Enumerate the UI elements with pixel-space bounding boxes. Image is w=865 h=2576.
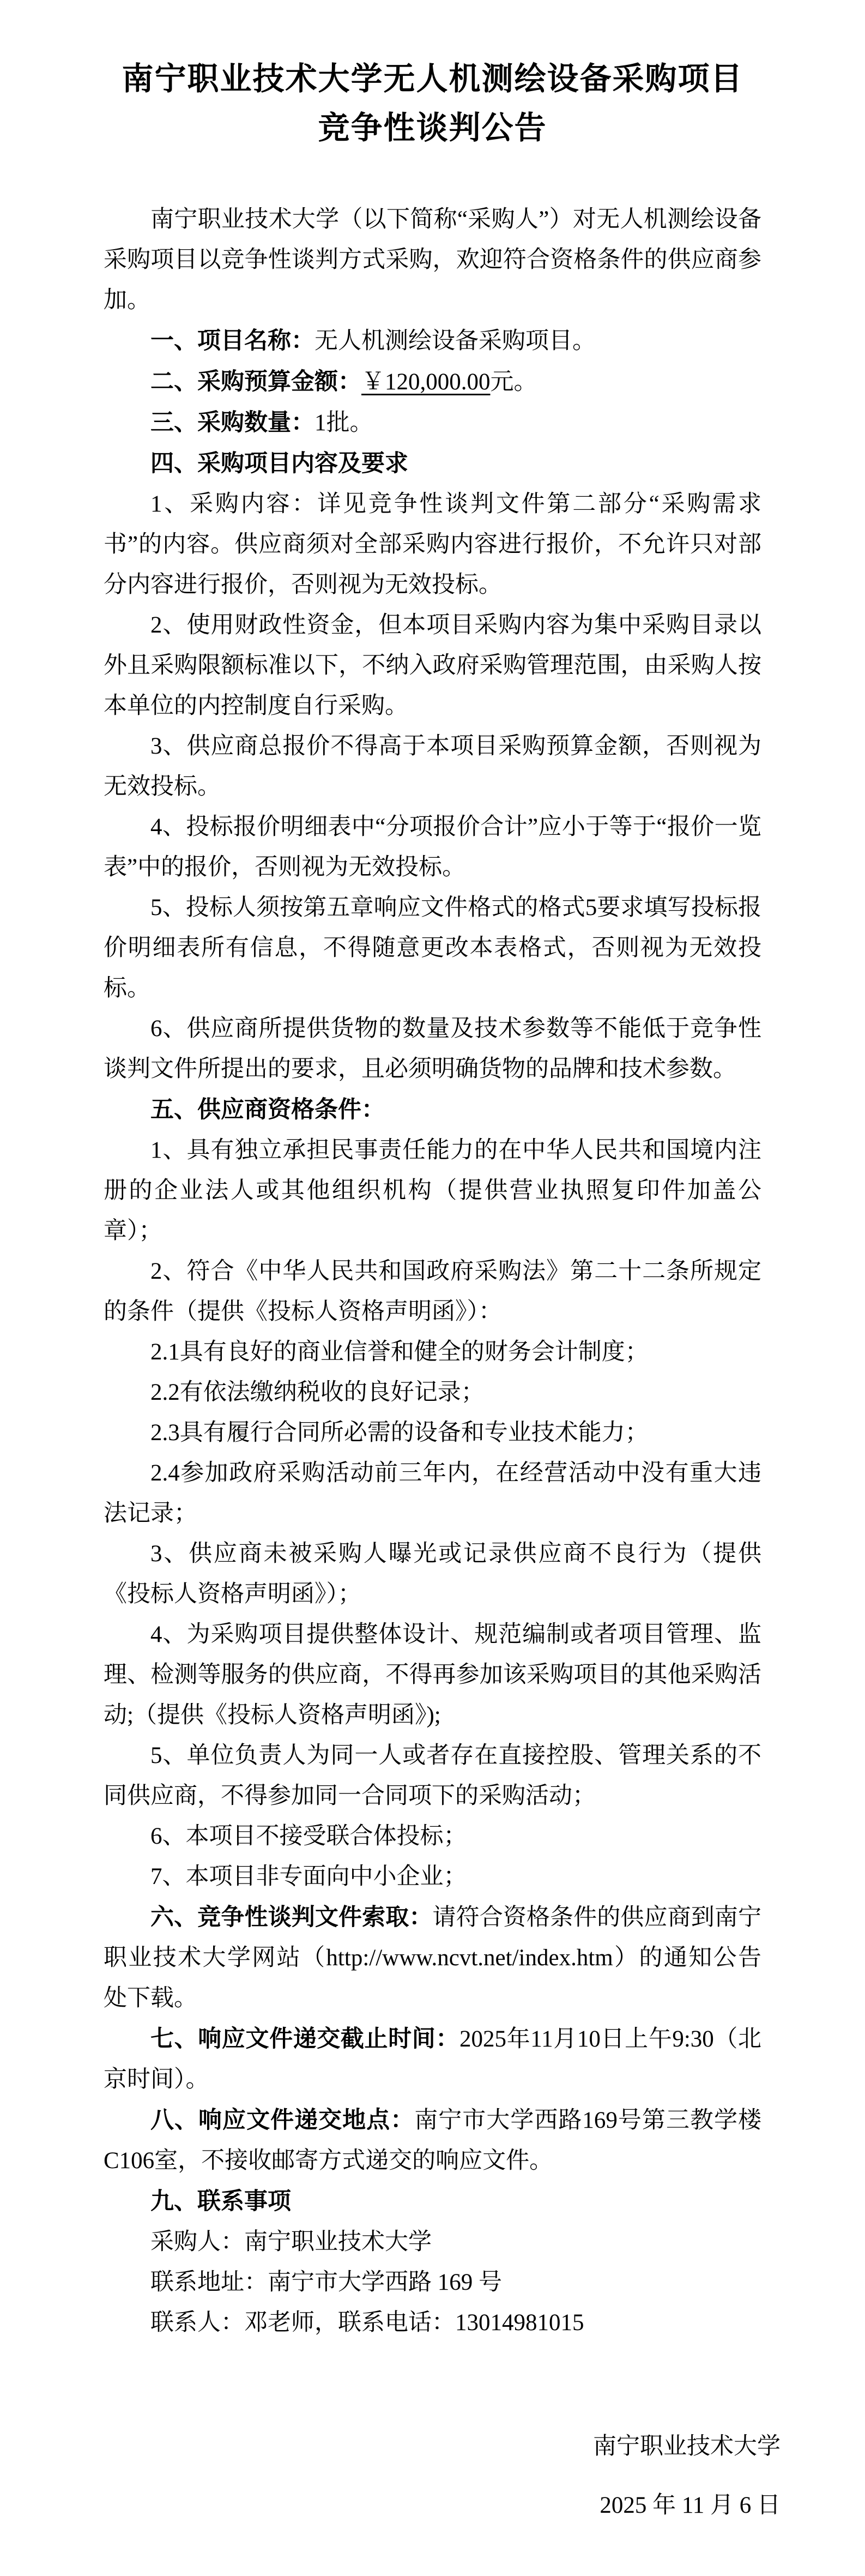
intro-paragraph: 南宁职业技术大学（以下简称“采购人”）对无人机测绘设备采购项目以竞争性谈判方式采… <box>104 200 761 321</box>
qualification-item-2-1: 2.1具有良好的商业信誉和健全的财务会计制度； <box>104 1332 761 1373</box>
qualification-heading: 五、供应商资格条件： <box>104 1090 761 1130</box>
budget-amount: ￥120,000.00 <box>361 369 491 395</box>
qualification-item-6: 6、本项目不接受联合体投标； <box>104 1816 761 1857</box>
address-label: 八、响应文件递交地点： <box>150 2107 414 2133</box>
qualification-item-3: 3、供应商未被采购人曝光或记录供应商不良行为（提供《投标人资格声明函》）； <box>104 1534 761 1615</box>
content-item-5: 5、投标人须按第五章响应文件格式的格式5要求填写投标报价明细表所有信息，不得随意… <box>104 888 761 1009</box>
budget-line: 二、采购预算金额：￥120,000.00元。 <box>104 362 761 402</box>
project-name-label: 一、项目名称： <box>150 328 314 354</box>
doc-retrieval-label: 六、竞争性谈判文件索取： <box>150 1904 432 1930</box>
content-item-3: 3、供应商总报价不得高于本项目采购预算金额，否则视为无效投标。 <box>104 726 761 807</box>
qualification-item-1: 1、具有独立承担民事责任能力的在中华人民共和国境内注册的企业法人或其他组织机构（… <box>104 1130 761 1251</box>
qualification-item-2-2: 2.2有依法缴纳税收的良好记录； <box>104 1373 761 1413</box>
doc-retrieval-paragraph: 六、竞争性谈判文件索取：请符合资格条件的供应商到南宁职业技术大学网站（http:… <box>104 1897 761 2019</box>
deadline-label: 七、响应文件递交截止时间： <box>150 2026 459 2052</box>
qualification-item-4: 4、为采购项目提供整体设计、规范编制或者项目管理、监理、检测等服务的供应商，不得… <box>104 1615 761 1736</box>
title-line-1: 南宁职业技术大学无人机测绘设备采购项目 <box>104 55 761 104</box>
budget-label: 二、采购预算金额： <box>150 369 361 395</box>
address-paragraph: 八、响应文件递交地点：南宁市大学西路169号第三教学楼C106室，不接收邮寄方式… <box>104 2100 761 2181</box>
quantity-value: 1批。 <box>314 410 373 436</box>
qualification-item-2: 2、符合《中华人民共和国政府采购法》第二十二条所规定的条件（提供《投标人资格声明… <box>104 1251 761 1332</box>
title-line-2: 竞争性谈判公告 <box>104 104 761 153</box>
document-title: 南宁职业技术大学无人机测绘设备采购项目 竞争性谈判公告 <box>104 55 761 153</box>
quantity-line: 三、采购数量：1批。 <box>104 402 761 443</box>
contact-line-person: 联系人：邓老师，联系电话：13014981015 <box>104 2303 761 2343</box>
project-name-line: 一、项目名称：无人机测绘设备采购项目。 <box>104 321 761 362</box>
content-item-2: 2、使用财政性资金，但本项目采购内容为集中采购目录以外且采购限额标准以下，不纳入… <box>104 605 761 726</box>
section-four-heading: 四、采购项目内容及要求 <box>104 443 761 484</box>
budget-suffix: 元。 <box>491 369 537 395</box>
quantity-label: 三、采购数量： <box>150 410 314 436</box>
qualification-item-7: 7、本项目非专面向中小企业； <box>104 1857 761 1897</box>
signature-date: 2025 年 11 月 6 日 <box>104 2484 781 2527</box>
deadline-paragraph: 七、响应文件递交截止时间：2025年11月10日上午9:30（北京时间）。 <box>104 2019 761 2100</box>
qualification-item-2-3: 2.3具有履行合同所必需的设备和专业技术能力； <box>104 1413 761 1453</box>
signature-block: 南宁职业技术大学 2025 年 11 月 6 日 <box>104 2425 781 2527</box>
contact-heading: 九、联系事项 <box>104 2181 761 2222</box>
signature-org: 南宁职业技术大学 <box>104 2425 781 2469</box>
contact-line-buyer: 采购人：南宁职业技术大学 <box>104 2222 761 2262</box>
qualification-item-2-4: 2.4参加政府采购活动前三年内，在经营活动中没有重大违法记录； <box>104 1453 761 1534</box>
content-item-4: 4、投标报价明细表中“分项报价合计”应小于等于“报价一览表”中的报价，否则视为无… <box>104 807 761 888</box>
content-item-6: 6、供应商所提供货物的数量及技术参数等不能低于竞争性谈判文件所提出的要求，且必须… <box>104 1009 761 1090</box>
contact-line-address: 联系地址：南宁市大学西路 169 号 <box>104 2262 761 2303</box>
content-item-1: 1、采购内容：详见竞争性谈判文件第二部分“采购需求书”的内容。供应商须对全部采购… <box>104 484 761 605</box>
document-page: 南宁职业技术大学无人机测绘设备采购项目 竞争性谈判公告 南宁职业技术大学（以下简… <box>0 0 865 2576</box>
qualification-item-5: 5、单位负责人为同一人或者存在直接控股、管理关系的不同供应商，不得参加同一合同项… <box>104 1736 761 1816</box>
project-name-value: 无人机测绘设备采购项目。 <box>314 328 596 354</box>
